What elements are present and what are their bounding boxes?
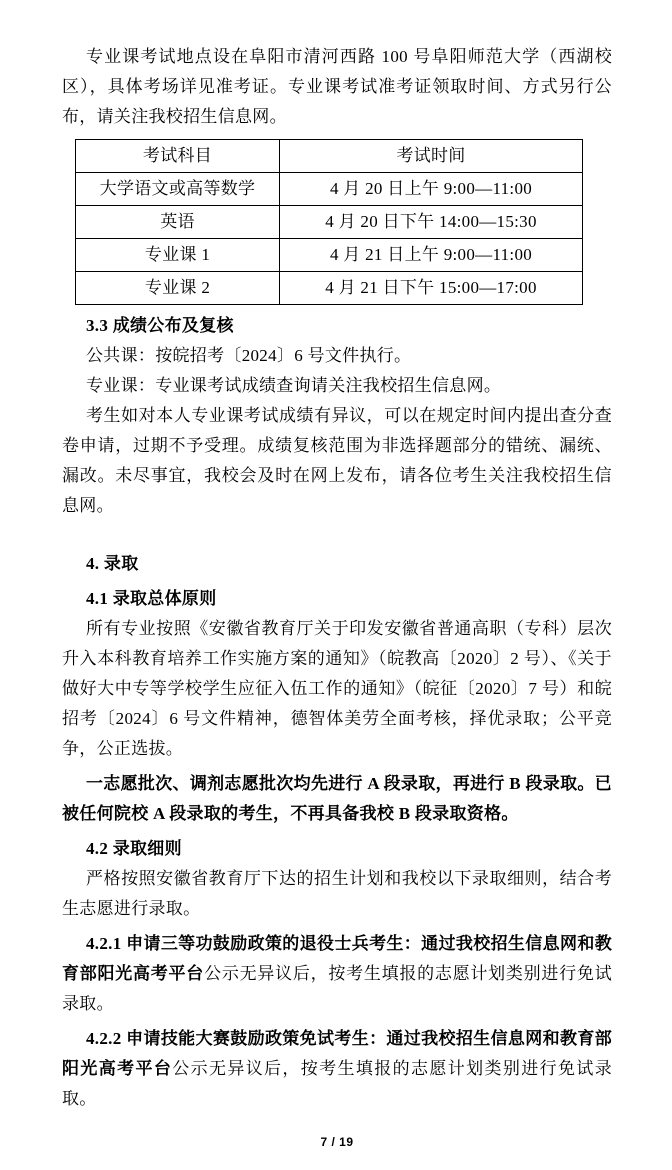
section-4-2-heading: 4.2 录取细则 [62,834,612,864]
time-cell: 4 月 21 日上午 9:00—11:00 [280,239,583,272]
public-course-line: 公共课：按皖招考〔2024〕6 号文件执行。 [62,341,612,371]
admission-principle-paragraph: 所有专业按照《安徽省教育厅关于印发安徽省普通高职（专科）层次升入本科教育培养工作… [62,614,612,764]
rule-4-2-2-paragraph: 4.2.2 申请技能大赛鼓励政策免试考生：通过我校招生信息网和教育部阳光高考平台… [62,1024,612,1114]
subject-cell: 专业课 2 [76,272,280,305]
intro-paragraph: 专业课考试地点设在阜阳市清河西路 100 号阜阳师范大学（西湖校区），具体考场详… [62,42,612,132]
time-cell: 4 月 20 日下午 14:00—15:30 [280,206,583,239]
time-cell: 4 月 21 日下午 15:00—17:00 [280,272,583,305]
column-header-subject: 考试科目 [76,140,280,173]
exam-schedule-table: 考试科目 考试时间 大学语文或高等数学 4 月 20 日上午 9:00—11:0… [75,139,583,305]
section-4-heading: 4. 录取 [62,549,612,579]
subject-cell: 英语 [76,206,280,239]
score-review-paragraph: 考生如对本人专业课考试成绩有异议，可以在规定时间内提出查分查卷申请，过期不予受理… [62,401,612,521]
page-number: 7 / 19 [62,1134,612,1150]
batch-order-paragraph: 一志愿批次、调剂志愿批次均先进行 A 段录取，再进行 B 段录取。已被任何院校 … [62,769,612,829]
document-page: 专业课考试地点设在阜阳市清河西路 100 号阜阳师范大学（西湖校区），具体考场详… [0,0,672,1170]
table-header-row: 考试科目 考试时间 [76,140,583,173]
table-row: 大学语文或高等数学 4 月 20 日上午 9:00—11:00 [76,173,583,206]
column-header-time: 考试时间 [280,140,583,173]
time-cell: 4 月 20 日上午 9:00—11:00 [280,173,583,206]
table-row: 专业课 1 4 月 21 日上午 9:00—11:00 [76,239,583,272]
rule-4-2-1-paragraph: 4.2.1 申请三等功鼓励政策的退役士兵考生：通过我校招生信息网和教育部阳光高考… [62,929,612,1019]
professional-course-line: 专业课：专业课考试成绩查询请关注我校招生信息网。 [62,371,612,401]
admission-rules-paragraph: 严格按照安徽省教育厅下达的招生计划和我校以下录取细则，结合考生志愿进行录取。 [62,864,612,924]
table-row: 英语 4 月 20 日下午 14:00—15:30 [76,206,583,239]
section-3-3-heading: 3.3 成绩公布及复核 [62,311,612,341]
section-4-1-heading: 4.1 录取总体原则 [62,584,612,614]
subject-cell: 专业课 1 [76,239,280,272]
subject-cell: 大学语文或高等数学 [76,173,280,206]
table-row: 专业课 2 4 月 21 日下午 15:00—17:00 [76,272,583,305]
